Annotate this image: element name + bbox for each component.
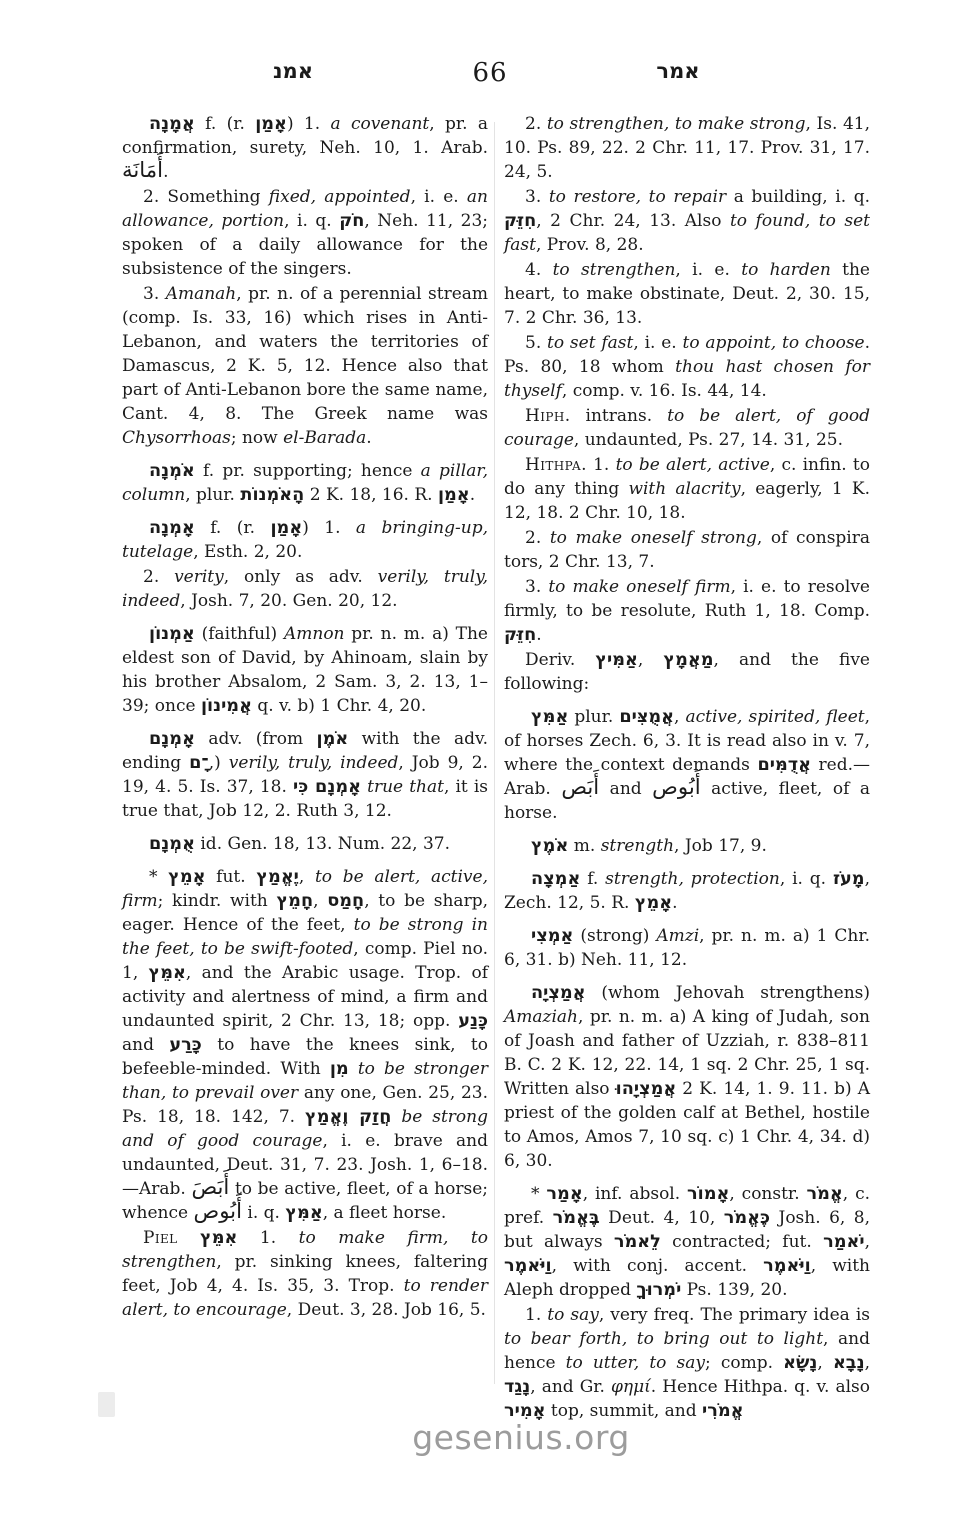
hebrew-word: אַמִּץ [285, 1202, 322, 1223]
text-run: (faithful) [195, 624, 284, 644]
text-run: and [122, 1035, 169, 1055]
hebrew-word: אָמוֹר [687, 1183, 729, 1204]
lexicon-entry: אֹמֶץ m. strength, Job 17, 9. [504, 834, 870, 858]
text-run: contracted; fut. [661, 1232, 823, 1252]
text-run: , [865, 1353, 870, 1373]
text-run: * [531, 1184, 546, 1204]
hebrew-word: יֹאמַר [823, 1231, 865, 1252]
hebrew-word: אִמֵּץ [149, 962, 186, 983]
hebrew-word: אָמַר [546, 1183, 582, 1204]
lexicon-entry: אָמְנָם adv. (from אֹמֶן with the adv. e… [122, 727, 488, 823]
hebrew-word: אֲמַצְיָהוּ [616, 1078, 677, 1099]
text-run: 2. [143, 567, 174, 587]
hebrew-word: אָמְנָם כִּי [293, 776, 361, 797]
text-run: 2. Something [143, 187, 269, 207]
hebrew-word: אַמְצָה [531, 868, 580, 889]
hebrew-word: כֶּאֱמֹר [724, 1207, 770, 1228]
text-run: f. (r. [195, 518, 271, 538]
italic-run: Amanah [166, 284, 237, 304]
text-run: . [366, 428, 371, 448]
italic-run: to restore, to repair [549, 187, 726, 207]
entry-subsection: Hithpa. 1. to be alert, active, c. infin… [504, 453, 870, 525]
text-run: , with conj. accent. [552, 1256, 764, 1276]
arabic-word: أَبُوص [194, 1199, 243, 1224]
text-run [391, 1107, 401, 1127]
scan-smudge [98, 1392, 115, 1417]
hebrew-word: בֶּאֱמֹר [553, 1207, 600, 1228]
text-run: 4. [525, 260, 553, 280]
entry-subsection: 3. Amanah, pr. n. of a perennial stream … [122, 282, 488, 450]
entry-subsection: 2. to make oneself strong, of conspira t… [504, 526, 870, 574]
smallcaps-label: Piel [143, 1228, 178, 1248]
hebrew-word: יֶאֱמַץ [256, 866, 299, 887]
text-run: fut. [206, 867, 257, 887]
hebrew-word: אָמֵץ [168, 866, 205, 887]
hebrew-word: אֲמָנָה [149, 113, 195, 134]
lexicon-entry: אֲמָנָה f. (r. אָמַן) 1. a covenant, pr.… [122, 112, 488, 184]
hebrew-word: אֲמֻצִּים [619, 706, 674, 727]
text-run: . [163, 162, 168, 182]
text-run: f. pr. supporting; hence [195, 461, 421, 481]
italic-run: Amnon [284, 624, 345, 644]
hebrew-word: אַמְצִי [531, 925, 573, 946]
text-run: . Hence Hithpa. q. v. also [651, 1377, 870, 1397]
arabic-word: أَبَصَ [191, 1175, 229, 1200]
text-run: * [149, 867, 168, 887]
hebrew-word: אָמַן [270, 517, 302, 538]
hebrew-word: אֹמְנָה [149, 460, 195, 481]
italic-run: verily, truly, indeed [229, 753, 399, 773]
entry-subsection: Piel אִמֵּץ 1. to make firm, to strength… [122, 1226, 488, 1322]
hebrew-word: חֲזַק וֶאֱמַץ [305, 1106, 391, 1127]
lexicon-entry: אָמְנָה f. (r. אָמַן) 1. a bringing-up, … [122, 516, 488, 564]
column-right: 2. to strengthen, to make strong, Is. 41… [504, 112, 870, 1423]
text-run: a building, i. q. [726, 187, 870, 207]
hebrew-word: אָמַן [438, 484, 470, 505]
text-run: and [599, 779, 652, 799]
text-run: adv. (from [195, 729, 317, 749]
entry-subsection: 3. to make oneself firm, i. e. to resolv… [504, 575, 870, 647]
text-run: , Deut. 3, 28. Job 16, 5. [287, 1300, 486, 1320]
italic-run: to make oneself firm [548, 577, 730, 597]
text-run: , undaunted, Ps. 27, 14. 31, 25. [574, 430, 843, 450]
lexicon-page: אמנ 66 אמר אֲמָנָה f. (r. אָמַן) 1. a co… [0, 0, 980, 1525]
text-run: , [638, 650, 664, 670]
italic-run: active, spirited, fleet [685, 707, 864, 727]
hebrew-word: חָמֵץ [276, 890, 313, 911]
text-run: 1. [587, 455, 616, 475]
hebrew-word: מָעֹז [833, 868, 865, 889]
text-run: Deriv. [525, 650, 595, 670]
lexicon-entry: אֹמְנָה f. pr. supporting; hence a pilla… [122, 459, 488, 507]
hebrew-word: וַיֹּאמֶר [763, 1255, 811, 1276]
entry-subsection: Deriv. אַמִּיץ, מַאֲמָץ, and the five fo… [504, 648, 870, 696]
text-run: , and Gr. [530, 1377, 611, 1397]
hebrew-word: חִזֵּק [504, 624, 536, 645]
text-run: , a fleet horse. [323, 1203, 447, 1223]
text-run: , [817, 1353, 833, 1373]
italic-run: strength [601, 836, 674, 856]
text-run: , constr. [729, 1184, 806, 1204]
hebrew-word: חָמַס [327, 890, 364, 911]
text-run: 1. [525, 1305, 547, 1325]
hebrew-word: כָּרַע [169, 1034, 201, 1055]
header-keyword-left: אמנ [273, 58, 313, 83]
hebrew-word: אֲמַצְיָה [531, 982, 586, 1003]
smallcaps-label: Hiph. [525, 406, 571, 426]
text-run: f. (r. [195, 114, 255, 134]
text-run: 3. [143, 284, 166, 304]
text-run: . [470, 485, 475, 505]
page-number: 66 [472, 58, 507, 88]
italic-run: to strengthen, to make strong [547, 114, 806, 134]
italic-run: strength, protection [605, 869, 780, 889]
hebrew-word: אֻמְנָם [149, 833, 195, 854]
italic-run: verity [174, 567, 224, 587]
hebrew-word: נָשָׂא [783, 1352, 817, 1373]
entry-subsection: 2. Something fixed, appointed, i. e. an … [122, 185, 488, 281]
hebrew-word: יֹמְרוּךָ [636, 1279, 681, 1300]
text-run: , i. e. [633, 333, 682, 353]
text-run: , comp. v. 16. Is. 44, 14. [562, 381, 767, 401]
text-run: , Esth. 2, 20. [193, 542, 302, 562]
text-run: 2. [525, 528, 550, 548]
text-run: 2. [525, 114, 547, 134]
italic-run: fixed, appointed [269, 187, 411, 207]
italic-run: to be alert, active [616, 455, 770, 475]
italic-run: to bear forth, to bring out to light [504, 1329, 823, 1349]
entry-subsection: Hiph. intrans. to be alert, of good cour… [504, 404, 870, 452]
hebrew-word: חֹק [339, 210, 364, 231]
hebrew-word: אֹמֶן [317, 728, 349, 749]
hebrew-word: מִן [330, 1058, 349, 1079]
hebrew-word: אַמִּץ [531, 706, 568, 727]
text-run: , Prov. 8, 28. [536, 235, 644, 255]
text-run: , i. q. [780, 869, 833, 889]
entry-subsection: 2. verity, only as adv. verily, truly, i… [122, 565, 488, 613]
watermark: gesenius.org [412, 1418, 630, 1457]
italic-run: to harden [741, 260, 831, 280]
text-run: plur. [568, 707, 619, 727]
italic-run: to make oneself strong [550, 528, 757, 548]
hebrew-word: נָגַד [504, 1376, 530, 1397]
text-run: , pr. n. of a perennial stream (comp. Is… [122, 284, 488, 424]
italic-run: Chysorrhoas [122, 428, 231, 448]
hebrew-word: אָמְנָם [149, 728, 195, 749]
column-left: אֲמָנָה f. (r. אָמַן) 1. a covenant, pr.… [122, 112, 488, 1423]
italic-run: to set fast [547, 333, 633, 353]
text-run: m. [568, 836, 600, 856]
lexicon-entry: אַמְנוֹן (faithful) Amnon pr. n. m. a) T… [122, 622, 488, 718]
text-run: , i. e. [675, 260, 741, 280]
text-run: ) 1. [287, 114, 331, 134]
text-run: , only as adv. [224, 567, 378, 587]
text-run: . [536, 625, 541, 645]
text-run: , i. q. [284, 211, 339, 231]
arabic-word: أَبُوص [652, 775, 701, 800]
text-run: ; kindr. with [158, 891, 277, 911]
hebrew-word: אָמְנָה [149, 517, 195, 538]
text-run: 2 K. 18, 16. R. [304, 485, 438, 505]
hebrew-word: מַאֲמָץ [663, 649, 713, 670]
text-run: intrans. [571, 406, 668, 426]
hebrew-word: וַיֹּאמֶר [504, 1255, 552, 1276]
text-run [349, 1059, 358, 1079]
italic-run: with alacrity [628, 479, 740, 499]
italic-run: el-Barada [283, 428, 366, 448]
hebrew-word: אַמִּיץ [595, 649, 638, 670]
italic-run: Amaziah [504, 1007, 578, 1027]
italic-run: to appoint, to choose [683, 333, 865, 353]
text-run: , [313, 891, 327, 911]
lexicon-entry: אֲמַצְיָה (whom Jehovah strengthens) Ama… [504, 981, 870, 1173]
text-run: f. [580, 869, 605, 889]
text-run: , Job 17, 9. [674, 836, 767, 856]
hebrew-word: ־ָם [189, 752, 209, 773]
text-run: ; now [231, 428, 283, 448]
text-run: 1. [237, 1228, 298, 1248]
lexicon-entry: אֻמְנָם id. Gen. 18, 13. Num. 22, 37. [122, 832, 488, 856]
hebrew-word: אֱמֹרִי [702, 1400, 744, 1421]
text-run: Deut. 4, 10, [600, 1208, 724, 1228]
text-run: 3. [525, 577, 548, 597]
arabic-word: أَمَانَة [122, 158, 163, 183]
hebrew-word: אָמַן [255, 113, 287, 134]
text-run: , i. e. [411, 187, 467, 207]
text-run: i. q. [242, 1203, 285, 1223]
text-run: , very freq. The primary idea is [599, 1305, 870, 1325]
text-run: q. v. b) 1 Chr. 4, 20. [252, 696, 426, 716]
entry-subsection: 3. to restore, to repair a building, i. … [504, 185, 870, 257]
text-run: (whom Jehovah strengthens) [586, 983, 870, 1003]
text-run: . [672, 893, 677, 913]
entry-subsection: 5. to set fast, i. e. to appoint, to cho… [504, 331, 870, 403]
hebrew-word: אִמֵּץ [200, 1227, 237, 1248]
text-run: , [674, 707, 685, 727]
italic-run: to say [547, 1305, 599, 1325]
text-run: , [865, 1232, 870, 1252]
hebrew-word: אֱמֹר [806, 1183, 842, 1204]
hebrew-word: חִזֵּק [504, 210, 536, 231]
hebrew-word: אֲמִינוֹן [201, 695, 252, 716]
hebrew-word: הָאֹמְנוֹת [240, 484, 304, 505]
lexicon-entry: אַמְצָה f. strength, protection, i. q. מ… [504, 867, 870, 915]
hebrew-word: אֲדֻמִּים [757, 754, 811, 775]
text-run: ) 1. [302, 518, 356, 538]
text-run: 5. [525, 333, 547, 353]
text-run: Ps. 139, 20. [681, 1280, 787, 1300]
page-header: אמנ 66 אמר [0, 58, 980, 94]
text-run: 3. [525, 187, 549, 207]
entry-subsection: 4. to strengthen, i. e. to harden the he… [504, 258, 870, 330]
hebrew-word: כָּנַע [458, 1010, 488, 1031]
text-run: id. Gen. 18, 13. Num. 22, 37. [195, 834, 450, 854]
lexicon-entry: אַמְצִי (strong) Amzi, pr. n. m. a) 1 Ch… [504, 924, 870, 972]
italic-run: φημί [611, 1377, 651, 1397]
italic-run: to utter, to say [566, 1353, 705, 1373]
italic-run: Amzi [656, 926, 699, 946]
hebrew-word: נָבָא [833, 1352, 865, 1373]
text-run [178, 1228, 201, 1248]
text-run: ,) [209, 753, 229, 773]
text-run: , 2 Chr. 24, 13. Also [536, 211, 730, 231]
text-run: , Josh. 7, 20. Gen. 20, 12. [180, 591, 397, 611]
italic-run: a covenant [330, 114, 429, 134]
text-run: , plur. [185, 485, 240, 505]
lexicon-entry: * אָמַר, inf. absol. אָמוֹר, constr. אֱמ… [504, 1182, 870, 1302]
text-run: (strong) [573, 926, 656, 946]
arabic-word: أَبَص [561, 775, 599, 800]
text-columns: אֲמָנָה f. (r. אָמַן) 1. a covenant, pr.… [122, 112, 870, 1423]
text-run: ; comp. [705, 1353, 783, 1373]
text-run: , inf. absol. [583, 1184, 687, 1204]
italic-run: to strengthen [553, 260, 676, 280]
lexicon-entry: אַמִּץ plur. אֲמֻצִּים, active, spirited… [504, 705, 870, 825]
hebrew-word: אָמֵץ [635, 892, 672, 913]
entry-subsection: 2. to strengthen, to make strong, Is. 41… [504, 112, 870, 184]
italic-run: true that [367, 777, 444, 797]
hebrew-word: אַמְנוֹן [149, 623, 195, 644]
hebrew-word: לֵאמֹר [614, 1231, 661, 1252]
text-run: , [299, 867, 315, 887]
lexicon-entry: * אָמֵץ fut. יֶאֱמַץ, to be alert, activ… [122, 865, 488, 1225]
smallcaps-label: Hithpa. [525, 455, 587, 475]
hebrew-word: אֹמֶץ [531, 835, 568, 856]
entry-subsection: 1. to say, very freq. The primary idea i… [504, 1303, 870, 1423]
header-keyword-right: אמר [656, 58, 699, 83]
